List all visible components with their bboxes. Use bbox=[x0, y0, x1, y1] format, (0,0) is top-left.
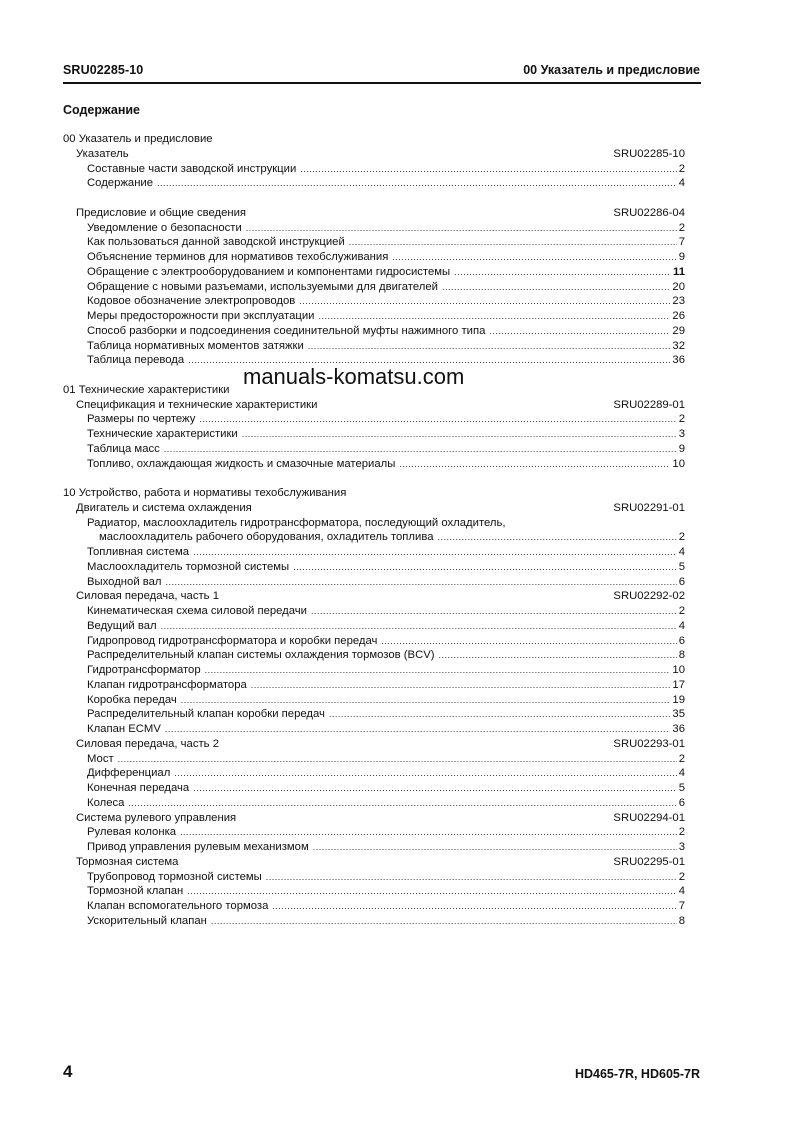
toc-section-code: SRU02292-02 bbox=[613, 589, 685, 604]
toc-page-number: 2 bbox=[679, 412, 685, 427]
dot-leader bbox=[246, 221, 677, 236]
dot-leader bbox=[489, 324, 670, 339]
dot-leader bbox=[157, 176, 677, 191]
toc-entry-title: 01 Технические характеристики bbox=[63, 383, 229, 398]
toc-entry-title: Кодовое обозначение электропроводов bbox=[87, 294, 295, 309]
toc-entry[interactable]: Меры предосторожности при эксплуатации26 bbox=[63, 309, 685, 324]
footer-page-number: 4 bbox=[63, 1062, 72, 1082]
toc-entry[interactable]: Распределительный клапан системы охлажде… bbox=[63, 648, 685, 663]
toc-entry-title: Двигатель и система охлаждения bbox=[76, 501, 252, 516]
toc-entry-title: Ускорительный клапан bbox=[87, 914, 207, 929]
toc-page-number: 6 bbox=[679, 796, 685, 811]
dot-leader bbox=[128, 796, 676, 811]
toc-entry[interactable]: Маслоохладитель тормозной системы5 bbox=[63, 560, 685, 575]
toc-entry[interactable]: Составные части заводской инструкции2 bbox=[63, 162, 685, 177]
toc-entry-title: Содержание bbox=[87, 176, 153, 191]
toc-entry-title: 10 Устройство, работа и нормативы техобс… bbox=[63, 486, 346, 501]
toc-entry[interactable]: Содержание4 bbox=[63, 176, 685, 191]
toc-entry-title: Клапан ECMV bbox=[87, 722, 161, 737]
toc-chapter: 10 Устройство, работа и нормативы техобс… bbox=[63, 486, 685, 501]
toc-section-code: SRU02289-01 bbox=[613, 398, 685, 413]
dot-leader bbox=[437, 530, 676, 545]
toc-entry[interactable]: Кинематическая схема силовой передачи2 bbox=[63, 604, 685, 619]
dot-leader bbox=[193, 781, 677, 796]
toc-entry-title: Гидропровод гидротрансформатора и коробк… bbox=[87, 634, 377, 649]
toc-entry-title: Трубопровод тормозной системы bbox=[87, 870, 262, 885]
toc-page-number: 9 bbox=[679, 250, 685, 265]
toc-page-number: 11 bbox=[673, 265, 685, 280]
toc-entry[interactable]: Таблица масс9 bbox=[63, 442, 685, 457]
toc-page-number: 9 bbox=[679, 442, 685, 457]
toc-page-number: 5 bbox=[679, 781, 685, 796]
toc-entry-title: Радиатор, маслоохладитель гидротрансформ… bbox=[87, 516, 506, 531]
toc-section: УказательSRU02285-10 bbox=[63, 147, 685, 162]
toc-entry[interactable]: Гидропровод гидротрансформатора и коробк… bbox=[63, 634, 685, 649]
dot-leader bbox=[439, 648, 677, 663]
header-section-title: 00 Указатель и предисловие bbox=[523, 63, 700, 77]
toc-entry[interactable]: Топливо, охлаждающая жидкость и смазочны… bbox=[63, 457, 685, 472]
toc-section-code: SRU02285-10 bbox=[613, 147, 685, 162]
toc-section-code: SRU02295-01 bbox=[613, 855, 685, 870]
toc-entry[interactable]: Уведомление о безопасности2 bbox=[63, 221, 685, 236]
toc-page-number: 3 bbox=[679, 427, 685, 442]
footer-models: HD465-7R, HD605-7R bbox=[575, 1067, 700, 1081]
toc-section-code: SRU02293-01 bbox=[613, 737, 685, 752]
toc-page-number: 5 bbox=[679, 560, 685, 575]
toc-page-number: 36 bbox=[672, 722, 685, 737]
toc-page-number: 23 bbox=[672, 294, 685, 309]
toc-section-code: SRU02286-04 bbox=[613, 206, 685, 221]
toc-entry[interactable]: Технические характеристики3 bbox=[63, 427, 685, 442]
toc-page-number: 2 bbox=[679, 604, 685, 619]
toc-entry-title: Маслоохладитель тормозной системы bbox=[87, 560, 289, 575]
toc-entry-title: Составные части заводской инструкции bbox=[87, 162, 296, 177]
toc-entry[interactable]: Топливная система4 bbox=[63, 545, 685, 560]
header-doc-code: SRU02285-10 bbox=[63, 63, 143, 77]
toc-page-number: 2 bbox=[679, 530, 685, 545]
toc-entry-title: Тормозной клапан bbox=[87, 884, 183, 899]
dot-leader bbox=[161, 619, 677, 634]
toc-entry-title: Мост bbox=[87, 752, 114, 767]
toc-section-code: SRU02291-01 bbox=[613, 501, 685, 516]
toc-entry[interactable]: Обращение с новыми разъемами, используем… bbox=[63, 280, 685, 295]
toc-page-number: 32 bbox=[672, 339, 685, 354]
dot-leader bbox=[349, 235, 677, 250]
dot-leader bbox=[205, 663, 671, 678]
toc-page-number: 6 bbox=[679, 634, 685, 649]
toc-page-number: 35 bbox=[672, 707, 685, 722]
toc-page-number: 26 bbox=[672, 309, 685, 324]
toc-page-number: 4 bbox=[679, 884, 685, 899]
toc-page-number: 2 bbox=[679, 162, 685, 177]
toc-entry[interactable]: Распределительный клапан коробки передач… bbox=[63, 707, 685, 722]
toc-entry: Радиатор, маслоохладитель гидротрансформ… bbox=[63, 516, 685, 531]
toc-entry-title: Распределительный клапан системы охлажде… bbox=[87, 648, 435, 663]
toc-page-number: 20 bbox=[672, 280, 685, 295]
toc-page-number: 4 bbox=[679, 766, 685, 781]
toc-page-number: 8 bbox=[679, 648, 685, 663]
toc-entry-title: Таблица масс bbox=[87, 442, 160, 457]
toc-entry-title: Рулевая колонка bbox=[87, 825, 176, 840]
toc-entry-title: Коробка передач bbox=[87, 693, 177, 708]
dot-leader bbox=[300, 162, 676, 177]
toc-entry[interactable]: Колеса6 bbox=[63, 796, 685, 811]
toc-page-number: 2 bbox=[679, 752, 685, 767]
toc-entry[interactable]: Рулевая колонка2 bbox=[63, 825, 685, 840]
dot-leader bbox=[118, 752, 677, 767]
dot-leader bbox=[199, 412, 676, 427]
dot-leader bbox=[180, 825, 677, 840]
toc-entry-title: Как пользоваться данной заводской инстру… bbox=[87, 235, 345, 250]
dot-leader bbox=[392, 250, 676, 265]
toc-page-number: 7 bbox=[679, 899, 685, 914]
toc-entry-title: Гидротрансформатор bbox=[87, 663, 201, 678]
toc-entry-title: Кинематическая схема силовой передачи bbox=[87, 604, 307, 619]
dot-leader bbox=[242, 427, 677, 442]
dot-leader bbox=[193, 545, 677, 560]
toc-section: Силовая передача, часть 2SRU02293-01 bbox=[63, 737, 685, 752]
toc-entry-title: Предисловие и общие сведения bbox=[76, 206, 246, 221]
dot-leader bbox=[293, 560, 677, 575]
toc-entry-title: 00 Указатель и предисловие bbox=[63, 132, 213, 147]
toc-entry[interactable]: Таблица нормативных моментов затяжки32 bbox=[63, 339, 685, 354]
toc-entry[interactable]: Как пользоваться данной заводской инстру… bbox=[63, 235, 685, 250]
toc-page-number: 8 bbox=[679, 914, 685, 929]
toc-entry-title: Объяснение терминов для нормативов техоб… bbox=[87, 250, 388, 265]
dot-leader bbox=[266, 870, 677, 885]
toc-entry[interactable]: маслоохладитель рабочего оборудования, о… bbox=[63, 530, 685, 545]
toc-entry[interactable]: Клапан ECMV36 bbox=[63, 722, 685, 737]
toc-page-number: 10 bbox=[672, 663, 685, 678]
toc-page-number: 3 bbox=[679, 840, 685, 855]
toc-section: Система рулевого управленияSRU02294-01 bbox=[63, 811, 685, 826]
toc-entry-title: Обращение с новыми разъемами, используем… bbox=[87, 280, 438, 295]
toc-page-number: 7 bbox=[679, 235, 685, 250]
toc-section: Силовая передача, часть 1SRU02292-02 bbox=[63, 589, 685, 604]
toc-entry-title: Обращение с электрооборудованием и компо… bbox=[87, 265, 450, 280]
dot-leader bbox=[272, 899, 676, 914]
table-of-contents: 00 Указатель и предисловиеУказательSRU02… bbox=[63, 132, 685, 929]
watermark: manuals-komatsu.com bbox=[243, 364, 464, 390]
toc-section-code: SRU02294-01 bbox=[613, 811, 685, 826]
page-title: Содержание bbox=[63, 103, 140, 117]
toc-entry-title: Силовая передача, часть 1 bbox=[76, 589, 219, 604]
toc-entry[interactable]: Клапан вспомогательного тормоза7 bbox=[63, 899, 685, 914]
toc-entry-title: Топливо, охлаждающая жидкость и смазочны… bbox=[87, 457, 395, 472]
toc-entry[interactable]: Трубопровод тормозной системы2 bbox=[63, 870, 685, 885]
header-divider bbox=[63, 82, 701, 84]
toc-entry[interactable]: Конечная передача5 bbox=[63, 781, 685, 796]
toc-section: Спецификация и технические характеристик… bbox=[63, 398, 685, 413]
toc-entry-title: Выходной вал bbox=[87, 575, 162, 590]
dot-leader bbox=[399, 457, 670, 472]
dot-leader bbox=[454, 265, 671, 280]
dot-leader bbox=[165, 722, 671, 737]
dot-leader bbox=[164, 442, 677, 457]
toc-page-number: 2 bbox=[679, 221, 685, 236]
dot-leader bbox=[308, 339, 671, 354]
dot-leader bbox=[381, 634, 676, 649]
toc-entry-title: Силовая передача, часть 2 bbox=[76, 737, 219, 752]
toc-entry[interactable]: Кодовое обозначение электропроводов23 bbox=[63, 294, 685, 309]
toc-entry-title: Топливная система bbox=[87, 545, 189, 560]
toc-entry[interactable]: Способ разборки и подсоединения соединит… bbox=[63, 324, 685, 339]
dot-leader bbox=[174, 766, 676, 781]
dot-leader bbox=[329, 707, 671, 722]
dot-leader bbox=[318, 309, 670, 324]
toc-entry-title: Дифференциал bbox=[87, 766, 170, 781]
toc-entry[interactable]: Объяснение терминов для нормативов техоб… bbox=[63, 250, 685, 265]
toc-entry[interactable]: Тормозной клапан4 bbox=[63, 884, 685, 899]
toc-page-number: 4 bbox=[679, 619, 685, 634]
toc-entry-title: Ведущий вал bbox=[87, 619, 157, 634]
toc-entry-title: Меры предосторожности при эксплуатации bbox=[87, 309, 314, 324]
toc-page-number: 17 bbox=[672, 678, 685, 693]
toc-entry-title: Привод управления рулевым механизмом bbox=[87, 840, 309, 855]
toc-entry-title: Система рулевого управления bbox=[76, 811, 236, 826]
toc-entry-title: Указатель bbox=[76, 147, 129, 162]
toc-entry-title: Уведомление о безопасности bbox=[87, 221, 242, 236]
dot-leader bbox=[313, 840, 677, 855]
toc-entry[interactable]: Ускорительный клапан8 bbox=[63, 914, 685, 929]
toc-entry-title: Таблица нормативных моментов затяжки bbox=[87, 339, 304, 354]
toc-entry-title: Размеры по чертежу bbox=[87, 412, 195, 427]
toc-section: Тормозная системаSRU02295-01 bbox=[63, 855, 685, 870]
toc-entry-title: Тормозная система bbox=[76, 855, 178, 870]
toc-page-number: 19 bbox=[672, 693, 685, 708]
toc-entry-title: Способ разборки и подсоединения соединит… bbox=[87, 324, 485, 339]
toc-entry-title: Технические характеристики bbox=[87, 427, 238, 442]
toc-page-number: 6 bbox=[679, 575, 685, 590]
toc-entry-title: Распределительный клапан коробки передач bbox=[87, 707, 325, 722]
dot-leader bbox=[187, 884, 676, 899]
toc-page-number: 4 bbox=[679, 176, 685, 191]
toc-entry[interactable]: Привод управления рулевым механизмом3 bbox=[63, 840, 685, 855]
toc-entry-title: Клапан вспомогательного тормоза bbox=[87, 899, 268, 914]
toc-entry[interactable]: Обращение с электрооборудованием и компо… bbox=[63, 265, 685, 280]
toc-entry[interactable]: Коробка передач19 bbox=[63, 693, 685, 708]
toc-entry-title: Таблица перевода bbox=[87, 353, 184, 368]
dot-leader bbox=[442, 280, 670, 295]
toc-entry[interactable]: Ведущий вал4 bbox=[63, 619, 685, 634]
dot-leader bbox=[181, 693, 671, 708]
toc-entry-title: Колеса bbox=[87, 796, 124, 811]
toc-entry-title: маслоохладитель рабочего оборудования, о… bbox=[99, 530, 433, 545]
dot-leader bbox=[299, 294, 670, 309]
toc-entry-title: Спецификация и технические характеристик… bbox=[76, 398, 317, 413]
toc-page-number: 2 bbox=[679, 825, 685, 840]
toc-chapter: 00 Указатель и предисловие bbox=[63, 132, 685, 147]
toc-page-number: 2 bbox=[679, 870, 685, 885]
toc-entry[interactable]: Мост2 bbox=[63, 752, 685, 767]
toc-entry-title: Клапан гидротрансформатора bbox=[87, 678, 247, 693]
toc-entry[interactable]: Клапан гидротрансформатора17 bbox=[63, 678, 685, 693]
toc-page-number: 29 bbox=[672, 324, 685, 339]
toc-page-number: 10 bbox=[672, 457, 685, 472]
toc-entry[interactable]: Размеры по чертежу2 bbox=[63, 412, 685, 427]
toc-entry[interactable]: Дифференциал4 bbox=[63, 766, 685, 781]
toc-section: Двигатель и система охлажденияSRU02291-0… bbox=[63, 501, 685, 516]
dot-leader bbox=[166, 575, 677, 590]
toc-entry-title: Конечная передача bbox=[87, 781, 189, 796]
dot-leader bbox=[211, 914, 677, 929]
toc-page-number: 36 bbox=[672, 353, 685, 368]
dot-leader bbox=[251, 678, 671, 693]
toc-section: Предисловие и общие сведенияSRU02286-04 bbox=[63, 206, 685, 221]
toc-entry[interactable]: Гидротрансформатор10 bbox=[63, 663, 685, 678]
toc-entry[interactable]: Выходной вал6 bbox=[63, 575, 685, 590]
toc-page-number: 4 bbox=[679, 545, 685, 560]
dot-leader bbox=[311, 604, 677, 619]
